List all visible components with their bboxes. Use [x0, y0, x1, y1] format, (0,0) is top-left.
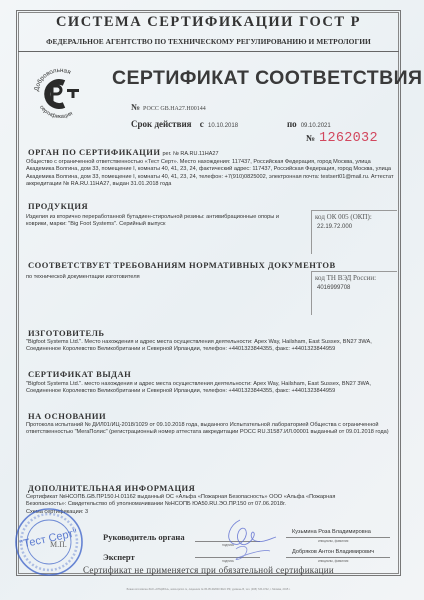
system-title: СИСТЕМА СЕРТИФИКАЦИИ ГОСТ Р [18, 14, 399, 31]
printer-imprint: Бланк изготовлен ЗАО «ОПЦИОН», www.opcio… [18, 588, 399, 591]
head-name: Кузьмина Роза Владимировна [292, 529, 371, 535]
serial-number: 1262032 [319, 131, 378, 146]
okp-code-box: код ОК 005 (ОКП): 22.19.72.000 [311, 210, 397, 254]
certificate-number-row: №РОСС GB.НА27.Н00144 [131, 102, 206, 112]
additional-info-heading: ДОПОЛНИТЕЛЬНАЯ ИНФОРМАЦИЯ [28, 483, 195, 493]
basis-text: Протокола испытаний № ДИЛ01/ИЦ-2018/1029… [26, 422, 398, 437]
serial-number-row: №1262032 [306, 129, 378, 146]
compliance-heading: СООТВЕТСТВУЕТ ТРЕБОВАНИЯМ НОРМАТИВНЫХ ДО… [28, 260, 336, 270]
certificate-page: СИСТЕМА СЕРТИФИКАЦИИ ГОСТ Р ФЕДЕРАЛЬНОЕ … [0, 0, 424, 600]
head-name-line [286, 537, 390, 538]
tnved-label: код ТН ВЭД России: [312, 272, 397, 282]
tnved-value: 4016999708 [312, 282, 397, 291]
registration-number: рег. № RA.RU.11НА27 [162, 151, 218, 157]
seal-place-label: М.П. [50, 540, 67, 549]
expert-name-line [286, 557, 390, 558]
certificate-number: РОСС GB.НА27.Н00144 [143, 106, 206, 112]
compliance-text: по технической документации изготовителя [26, 274, 296, 281]
certification-body-text: Общество с ограниченной ответственностью… [26, 159, 396, 188]
rst-logo-icon: Добровольная сертификация [30, 64, 90, 120]
valid-from-date: 10.10.2018 [208, 123, 238, 129]
issued-to-heading: СЕРТИФИКАТ ВЫДАН [28, 369, 131, 379]
product-heading: ПРОДУКЦИЯ [28, 201, 88, 211]
expert-name: Добряков Антон Владимирович [292, 549, 374, 555]
number-sign: № [131, 102, 140, 112]
issued-to-text: "Bigfoot Systems Ltd.". место нахождения… [26, 381, 398, 396]
product-text: Изделия из вторично переработанной бутад… [26, 214, 291, 229]
manufacturer-text: "Bigfoot Systems Ltd.". Место нахождения… [26, 339, 398, 354]
basis-heading: НА ОСНОВАНИИ [28, 411, 106, 421]
serial-sign: № [306, 133, 315, 143]
certificate-title: СЕРТИФИКАТ СООТВЕТСТВИЯ [112, 67, 422, 90]
expert-label: Эксперт [103, 552, 135, 562]
head-of-body-label: Руководитель органа [103, 532, 185, 542]
agency-title: ФЕДЕРАЛЬНОЕ АГЕНТСТВО ПО ТЕХНИЧЕСКОМУ РЕ… [18, 37, 399, 46]
expert-name-caption: инициалы, фамилия [318, 559, 348, 563]
validity-label: Срок действия [131, 119, 192, 129]
tnved-code-box: код ТН ВЭД России: 4016999708 [311, 271, 397, 315]
signature-scribble-icon [210, 515, 280, 565]
certification-body-heading: ОРГАН ПО СЕРТИФИКАЦИИрег. № RA.RU.11НА27 [28, 147, 219, 157]
svg-text:"Тест Серт": "Тест Серт" [18, 527, 78, 551]
header-divider [18, 51, 399, 52]
head-name-caption: инициалы, фамилия [318, 539, 348, 543]
to-label: по [287, 119, 297, 129]
from-prefix: с [200, 119, 204, 129]
certification-body-title: ОРГАН ПО СЕРТИФИКАЦИИ [28, 147, 160, 157]
okp-value: 22.19.72.000 [312, 221, 397, 230]
voluntary-note: Сертификат не применяется при обязательн… [18, 565, 399, 575]
manufacturer-heading: ИЗГОТОВИТЕЛЬ [28, 328, 105, 338]
validity-to-row: по09.10.2021 [287, 119, 331, 129]
validity-from-row: Срок действия с 10.10.2018 [131, 119, 238, 129]
okp-label: код ОК 005 (ОКП): [312, 211, 397, 221]
